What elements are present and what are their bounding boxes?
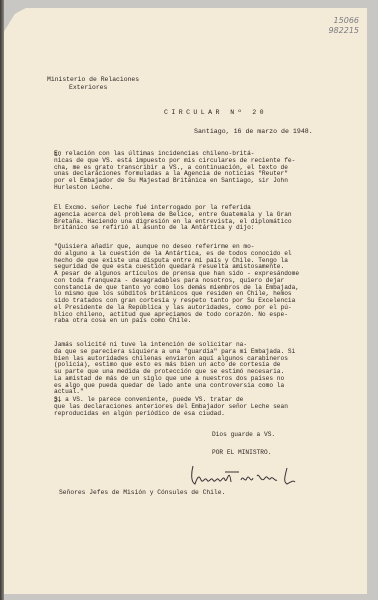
quote-paragraph-1: "Quisiera añadir que, aunque no deseo re…: [54, 244, 312, 325]
scan-edge: [0, 0, 4, 600]
paragraph-1: En relación con las últimas incidencias …: [54, 151, 312, 192]
letterhead: Ministerio de Relaciones Exteriores: [47, 76, 139, 91]
document-page: 15066 982215 Ministerio de Relaciones Ex…: [4, 8, 367, 594]
quote-paragraph-2: Jamás solicité ni tuve la intención de s…: [54, 342, 312, 396]
closing-salutation: Dios guarde a VS.: [212, 431, 275, 438]
archive-mark-2: 982215: [328, 26, 359, 36]
archive-mark-1: 15066: [328, 16, 359, 26]
paragraph-3: Si a VS. le parece conveniente, puede VS…: [54, 397, 312, 417]
letterhead-line1: Ministerio de Relaciones: [47, 76, 139, 83]
paragraph-2: El Excmo. señor Leche fué interrogado po…: [54, 205, 312, 232]
closing-signatory: POR EL MINISTRO.: [212, 449, 271, 456]
date-line: Santiago, 16 de marzo de 1948.: [194, 128, 313, 135]
archive-marks: 15066 982215: [328, 16, 359, 36]
addressee: Señores Jefes de Misión y Cónsules de Ch…: [59, 489, 225, 496]
circular-title: CIRCULAR Nº 20: [164, 109, 267, 116]
letterhead-line2: Exteriores: [47, 84, 139, 92]
